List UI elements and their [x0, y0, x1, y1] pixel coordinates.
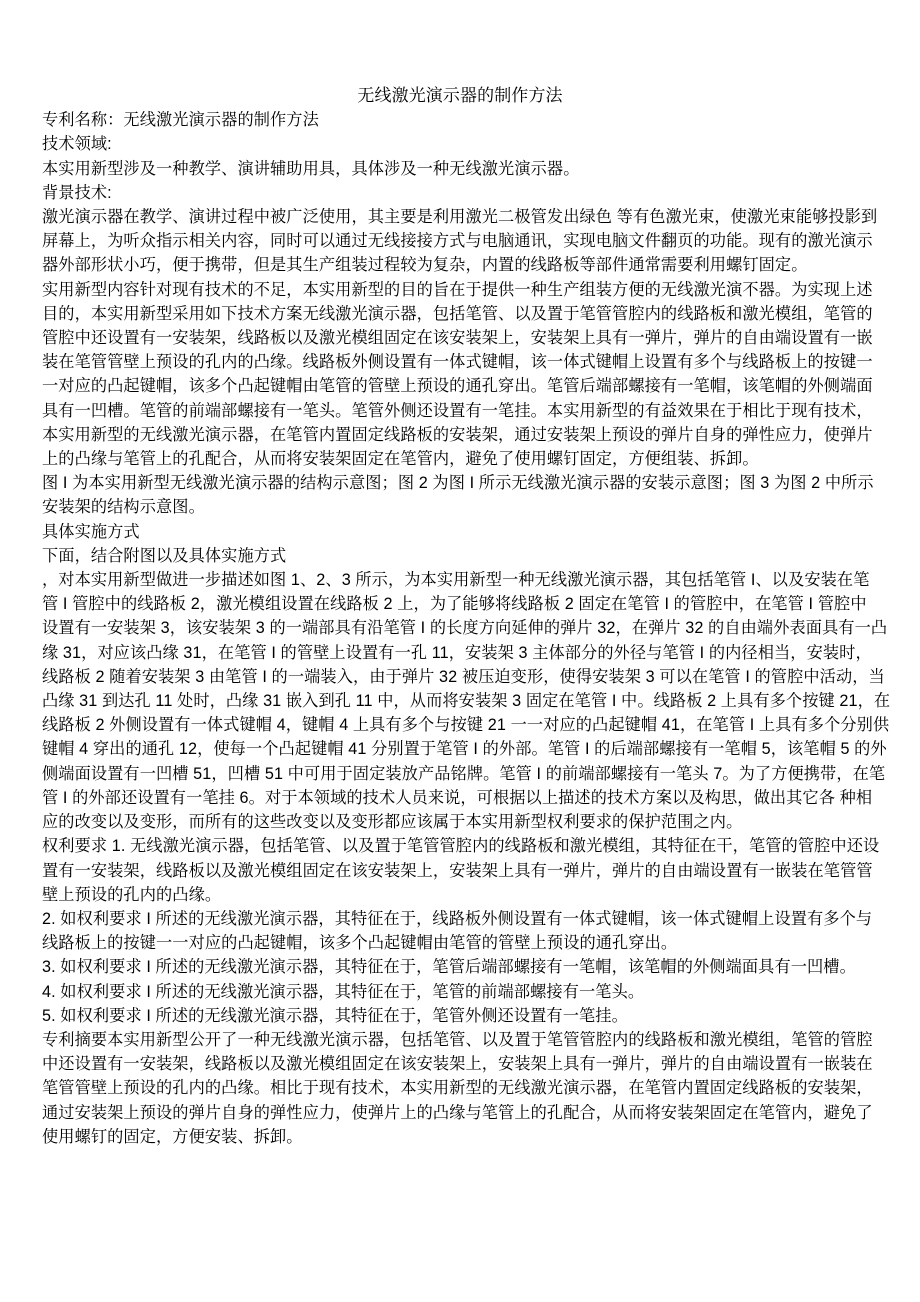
- doc-line: 中还设置有一安装架，线路板以及激光模组固定在该安装架上，安装架上具有一弹片，弹片…: [42, 1052, 878, 1076]
- doc-line: 管腔中还设置有一安装架，线路板以及激光模组固定在该安装架上，安装架上具有一弹片，…: [42, 326, 878, 350]
- doc-line: 通过安装架上预设的弹片自身的弹性应力，使弹片上的凸缘与笔管上的孔配合，从而将安装…: [42, 1101, 878, 1125]
- doc-line: 使用螺钉的固定，方便安装、拆卸。: [42, 1125, 878, 1149]
- doc-line: 3. 如权利要求 I 所述的无线激光演示器，其特征在于，笔管后端部螺接有一笔帽，…: [42, 955, 878, 979]
- doc-line: 设置有一安装架 3，该安装架 3 的一端部具有沿笔管 I 的长度方向延伸的弹片 …: [42, 616, 878, 640]
- doc-line: 凸缘 31 到达孔 11 处时，凸缘 31 嵌入到孔 11 中，从而将安装架 3…: [42, 689, 878, 713]
- doc-line: 器外部形状小巧，便于携带，但是其生产组装过程较为复杂，内置的线路板等部件通常需要…: [42, 253, 878, 277]
- doc-line: 管 I 管腔中的线路板 2，激光模组设置在线路板 2 上，为了能够将线路板 2 …: [42, 592, 878, 616]
- doc-line: 图 I 为本实用新型无线激光演示器的结构示意图；图 2 为图 I 所示无线激光演…: [42, 471, 878, 495]
- doc-line: 应的改变以及变形，而所有的这些改变以及变形都应该属于本实用新型权利要求的保护范围…: [42, 810, 878, 834]
- doc-line: 技术领域:: [42, 132, 878, 156]
- doc-line: 屏幕上，为听众指示相关内容，同时可以通过无线接接方式与电脑通讯，实现电脑文件翻页…: [42, 229, 878, 253]
- doc-line: 5. 如权利要求 I 所述的无线激光演示器，其特征在于，笔管外侧还设置有一笔挂。: [42, 1004, 878, 1028]
- doc-line: 侧端面设置有一凹槽 51，凹槽 51 中可用于固定装放产品铭牌。笔管 I 的前端…: [42, 762, 878, 786]
- doc-line: 置有一安装架，线路板以及激光模组固定在该安装架上，安装架上具有一弹片，弹片的自由…: [42, 859, 878, 883]
- doc-line: 上的凸缘与笔管上的孔配合，从而将安装架固定在笔管内，避免了使用螺钉固定，方便组装…: [42, 447, 878, 471]
- doc-line: 实用新型内容针对现有技术的不足，本实用新型的目的旨在于提供一种生产组装方便的无线…: [42, 278, 878, 302]
- doc-line: 管 I 的外部还设置有一笔挂 6。对于本领域的技术人员来说，可根据以上描述的技术…: [42, 786, 878, 810]
- doc-line: 4. 如权利要求 I 所述的无线激光演示器，其特征在于，笔管的前端部螺接有一笔头…: [42, 980, 878, 1004]
- doc-line: 激光演示器在教学、演讲过程中被广泛使用，其主要是利用激光二极管发出绿色 等有色激…: [42, 205, 878, 229]
- doc-line: 笔管管壁上预设的孔内的凸缘。相比于现有技术，本实用新型的无线激光演示器，在笔管内…: [42, 1076, 878, 1100]
- patent-document-page: 无线激光演示器的制作方法 专利名称：无线激光演示器的制作方法 技术领域: 本实用…: [42, 84, 878, 1149]
- doc-line: 线路板 2 随着安装架 3 由笔管 I 的一端装入，由于弹片 32 被压迫变形，…: [42, 665, 878, 689]
- doc-line: 具体实施方式: [42, 520, 878, 544]
- doc-line: 键帽 4 穿出的通孔 12，使每一个凸起键帽 41 分别置于笔管 I 的外部。笔…: [42, 737, 878, 761]
- doc-line: 缘 31，对应该凸缘 31，在笔管 I 的管壁上设置有一孔 11，安装架 3 主…: [42, 641, 878, 665]
- doc-line: 具有一凹槽。笔管的前端部螺接有一笔头。笔管外侧还设置有一笔挂。本实用新型的有益效…: [42, 399, 878, 423]
- doc-line: 2. 如权利要求 I 所述的无线激光演示器，其特征在于，线路板外侧设置有一体式键…: [42, 907, 878, 931]
- doc-line: 安装架的结构示意图。: [42, 495, 878, 519]
- doc-line: 专利名称：无线激光演示器的制作方法: [42, 108, 878, 132]
- document-title: 无线激光演示器的制作方法: [42, 84, 878, 108]
- doc-line: 线路板上的按键一一对应的凸起键帽，该多个凸起键帽由笔管的管壁上预设的通孔穿出。: [42, 931, 878, 955]
- doc-line: 装在笔管管壁上预设的孔内的凸缘。线路板外侧设置有一体式键帽，该一体式键帽上设置有…: [42, 350, 878, 374]
- doc-line: 本实用新型的无线激光演示器，在笔管内置固定线路板的安装架，通过安装架上预设的弹片…: [42, 423, 878, 447]
- doc-line: 线路板 2 外侧设置有一体式键帽 4，键帽 4 上具有多个与按键 21 一一对应…: [42, 713, 878, 737]
- doc-line: 下面，结合附图以及具体实施方式: [42, 544, 878, 568]
- doc-line: 本实用新型涉及一种教学、演讲辅助用具，具体涉及一种无线激光演示器。: [42, 157, 878, 181]
- doc-line: 一对应的凸起键帽，该多个凸起键帽由笔管的管壁上预设的通孔穿出。笔管后端部螺接有一…: [42, 374, 878, 398]
- doc-line: 背景技术:: [42, 181, 878, 205]
- doc-line: 专利摘要本实用新型公开了一种无线激光演示器，包括笔管、以及置于笔管管腔内的线路板…: [42, 1028, 878, 1052]
- doc-line: 目的，本实用新型采用如下技术方案无线激光演示器，包括笔管、以及置于笔管管腔内的线…: [42, 302, 878, 326]
- doc-line: 壁上预设的孔内的凸缘。: [42, 883, 878, 907]
- doc-line: ，对本实用新型做进一步描述如图 1、2、3 所示，为本实用新型一种无线激光演示器…: [42, 568, 878, 592]
- doc-line: 权利要求 1. 无线激光演示器，包括笔管、以及置于笔管管腔内的线路板和激光模组，…: [42, 834, 878, 858]
